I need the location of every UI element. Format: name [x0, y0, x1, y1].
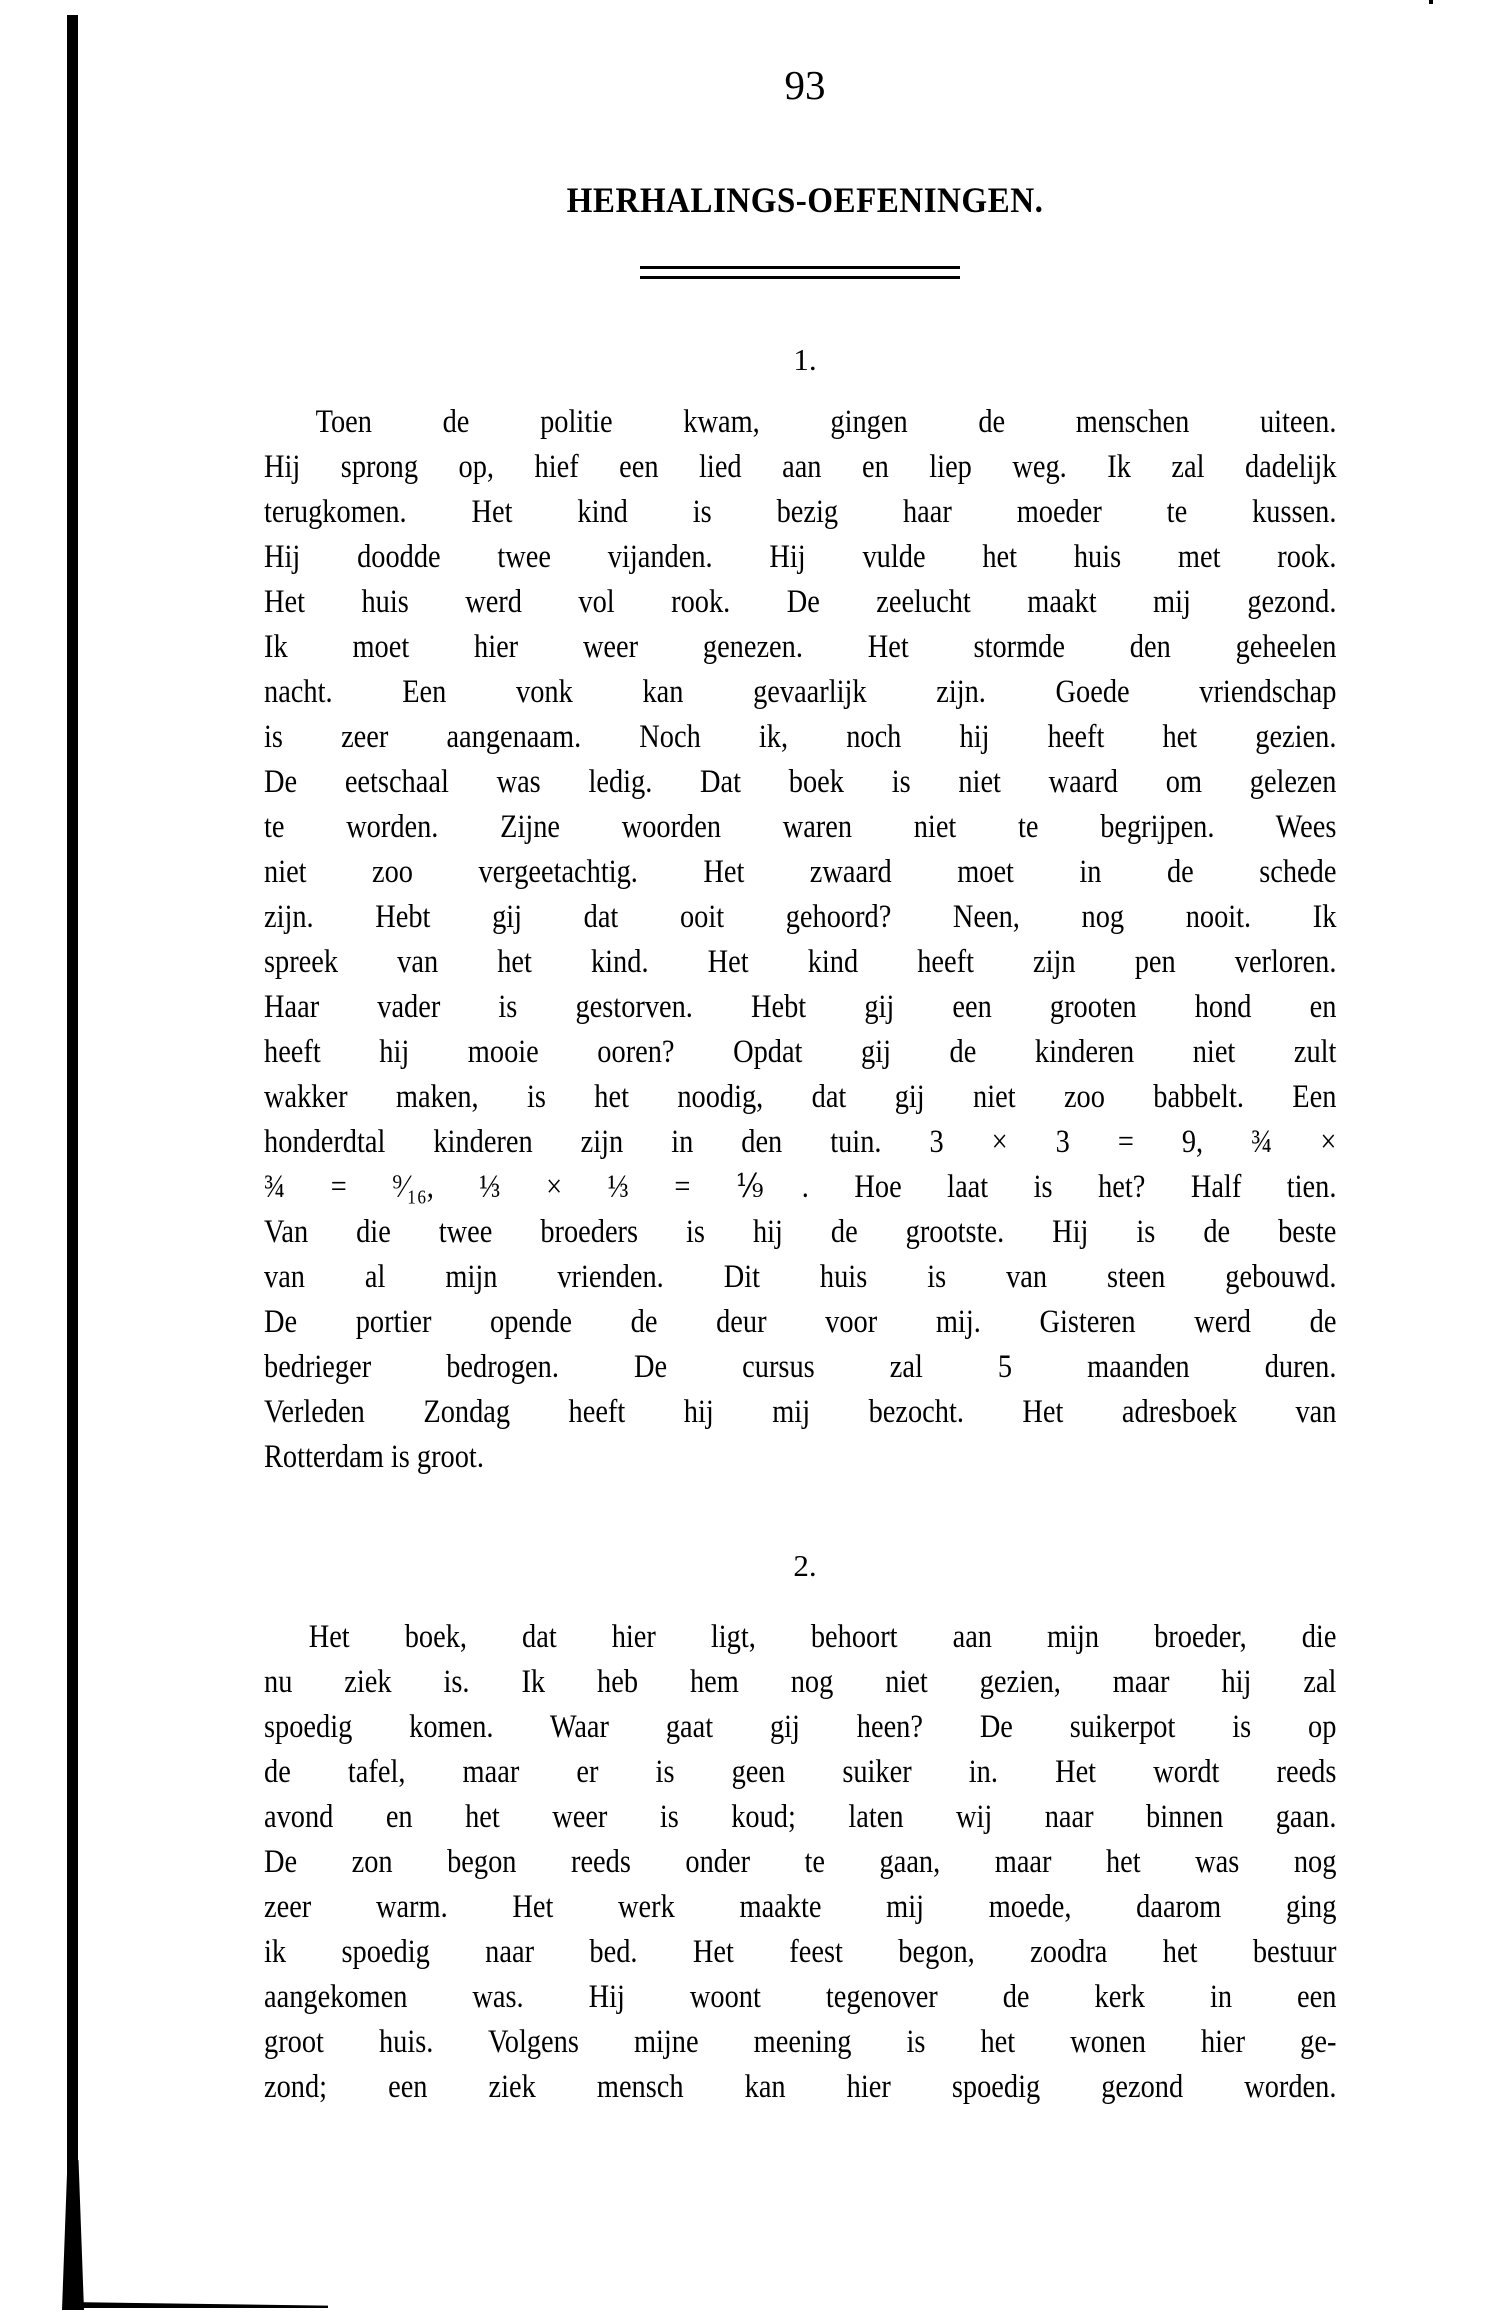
text-line: nacht. Een vonk kan gevaarlijk zijn. Goe… [264, 670, 1336, 715]
text-line: groot huis. Volgens mijne meening is het… [264, 2020, 1336, 2065]
title-double-rule-bottom [640, 276, 960, 279]
text-line: aangekomen was. Hij woont tegenover de k… [264, 1975, 1336, 2020]
page-bottom-edge [68, 2302, 328, 2308]
text-line: Het huis werd vol rook. De zeelucht maak… [264, 580, 1336, 625]
text-line: wakker maken, is het noodig, dat gij nie… [264, 1075, 1336, 1120]
page-number: 93 [0, 62, 1505, 108]
text-line: terugkomen. Het kind is bezig haar moede… [264, 490, 1336, 535]
section-number-2: 2. [0, 1548, 1505, 1584]
text-line: ik spoedig naar bed. Het feest begon, zo… [264, 1930, 1336, 1975]
text-line: Hij doodde twee vijanden. Hij vulde het … [264, 535, 1336, 580]
text-line: De eetschaal was ledig. Dat boek is niet… [264, 760, 1336, 805]
text-line: Ik moet hier weer genezen. Het stormde d… [264, 625, 1336, 670]
page-binding-edge-foot [62, 2160, 84, 2310]
text-line: nu ziek is. Ik heb hem nog niet gezien, … [264, 1660, 1336, 1705]
scan-speck [1429, 0, 1433, 4]
text-line: is zeer aangenaam. Noch ik, noch hij hee… [264, 715, 1336, 760]
text-line: de tafel, maar er is geen suiker in. Het… [264, 1750, 1336, 1795]
text-line: zond; een ziek mensch kan hier spoedig g… [264, 2065, 1336, 2110]
text-line: avond en het weer is koud; laten wij naa… [264, 1795, 1336, 1840]
text-line: heeft hij mooie ooren? Opdat gij de kind… [264, 1030, 1336, 1075]
title-double-rule-top [640, 266, 960, 269]
section-number-1: 1. [0, 342, 1505, 378]
text-line: Het boek, dat hier ligt, behoort aan mij… [264, 1615, 1336, 1660]
text-line: Verleden Zondag heeft hij mij bezocht. H… [264, 1390, 1336, 1435]
text-line: Rotterdam is groot. [264, 1435, 1336, 1480]
text-line: spreek van het kind. Het kind heeft zijn… [264, 940, 1336, 985]
exercise-paragraph-1: Toen de politie kwam, gingen de menschen… [264, 400, 1336, 1480]
text-line: zeer warm. Het werk maakte mij moede, da… [264, 1885, 1336, 1930]
text-line: ¾ = ⁹⁄₁₆, ⅓ × ⅓ = ⅑. Hoe laat is het? Ha… [264, 1165, 1336, 1210]
text-line: van al mijn vrienden. Dit huis is van st… [264, 1255, 1336, 1300]
text-line: Van die twee broeders is hij de grootste… [264, 1210, 1336, 1255]
text-line: niet zoo vergeetachtig. Het zwaard moet … [264, 850, 1336, 895]
page-title: HERHALINGS-OEFENINGEN. [64, 178, 1505, 222]
text-line: spoedig komen. Waar gaat gij heen? De su… [264, 1705, 1336, 1750]
text-line: honderdtal kinderen zijn in den tuin. 3 … [264, 1120, 1336, 1165]
text-line: Hij sprong op, hief een lied aan en liep… [264, 445, 1336, 490]
text-line: zijn. Hebt gij dat ooit gehoord? Neen, n… [264, 895, 1336, 940]
text-line: bedrieger bedrogen. De cursus zal 5 maan… [264, 1345, 1336, 1390]
exercise-paragraph-2: Het boek, dat hier ligt, behoort aan mij… [264, 1615, 1336, 2110]
text-line: De zon begon reeds onder te gaan, maar h… [264, 1840, 1336, 1885]
text-line: Haar vader is gestorven. Hebt gij een gr… [264, 985, 1336, 1030]
text-line: Toen de politie kwam, gingen de menschen… [264, 400, 1336, 445]
text-line: te worden. Zijne woorden waren niet te b… [264, 805, 1336, 850]
text-line: De portier opende de deur voor mij. Gist… [264, 1300, 1336, 1345]
